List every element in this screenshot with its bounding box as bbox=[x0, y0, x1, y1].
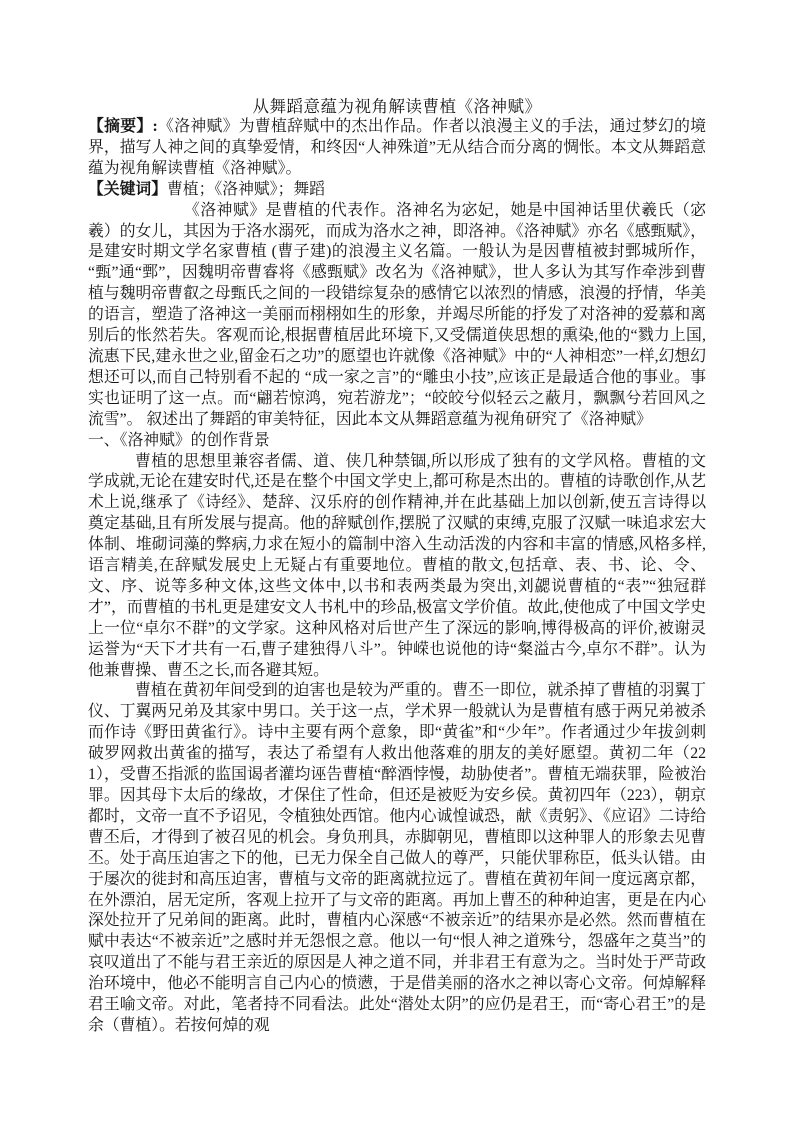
intro-paragraph: 《洛神赋》是曹植的代表作。洛神名为宓妃，她是中国神话里伏羲氏（宓羲）的女儿，其因… bbox=[88, 201, 706, 431]
keywords-text: 曹植；《洛神赋》；舞蹈 bbox=[167, 181, 325, 198]
keywords-label: 【关键词】 bbox=[88, 181, 167, 198]
keywords-line: 【关键词】曹植；《洛神赋》；舞蹈 bbox=[88, 180, 706, 201]
page-title: 从舞蹈意蕴为视角解读曹植《洛神赋》 bbox=[88, 96, 706, 117]
body-paragraph-literary-style: 曹植的思想里兼容者儒、道、侠几种禁锢,所以形成了独有的文学风格。曹植的文学成就,… bbox=[88, 452, 706, 682]
section-heading-creation-background: 一、《洛神赋》的创作背景 bbox=[88, 431, 706, 452]
abstract-paragraph: 【摘要】:《洛神赋》为曹植辞赋中的杰出作品。作者以浪漫主义的手法，通过梦幻的境界… bbox=[88, 117, 706, 180]
document-content: 从舞蹈意蕴为视角解读曹植《洛神赋》 【摘要】:《洛神赋》为曹植辞赋中的杰出作品。… bbox=[88, 96, 706, 1037]
abstract-label: 【摘要】: bbox=[88, 118, 158, 135]
abstract-text: 《洛神赋》为曹植辞赋中的杰出作品。作者以浪漫主义的手法，通过梦幻的境界，描写人神… bbox=[88, 118, 706, 177]
body-paragraph-persecution: 曹植在黄初年间受到的迫害也是较为严重的。曹丕一即位，就杀掉了曹植的羽翼丁仪、丁翼… bbox=[88, 681, 706, 1036]
document-page: 从舞蹈意蕴为视角解读曹植《洛神赋》 【摘要】:《洛神赋》为曹植辞赋中的杰出作品。… bbox=[0, 0, 793, 1122]
